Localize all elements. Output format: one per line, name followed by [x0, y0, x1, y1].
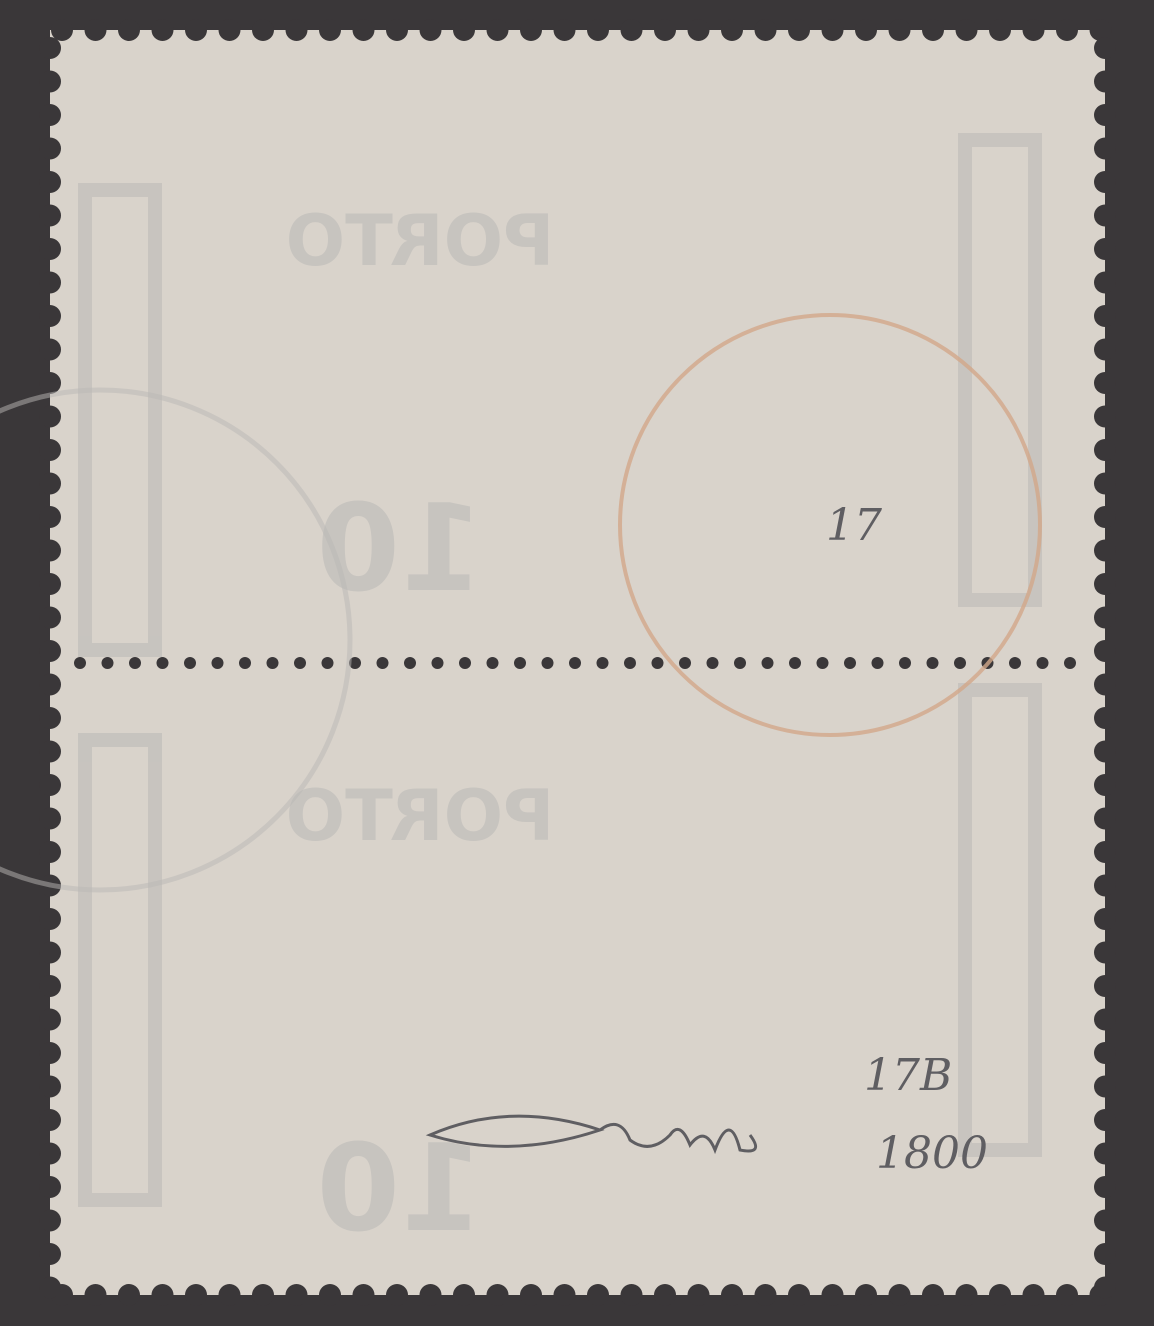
pencil-number-top: 17 — [826, 500, 882, 551]
svg-text:PORTO: PORTO — [286, 775, 555, 857]
svg-text:PORTO: PORTO — [286, 200, 555, 282]
svg-text:10: 10 — [317, 480, 484, 619]
pencil-signature — [420, 1080, 860, 1170]
pencil-number-bottom: 17B — [864, 1050, 952, 1101]
pencil-price: 1800 — [876, 1128, 988, 1179]
